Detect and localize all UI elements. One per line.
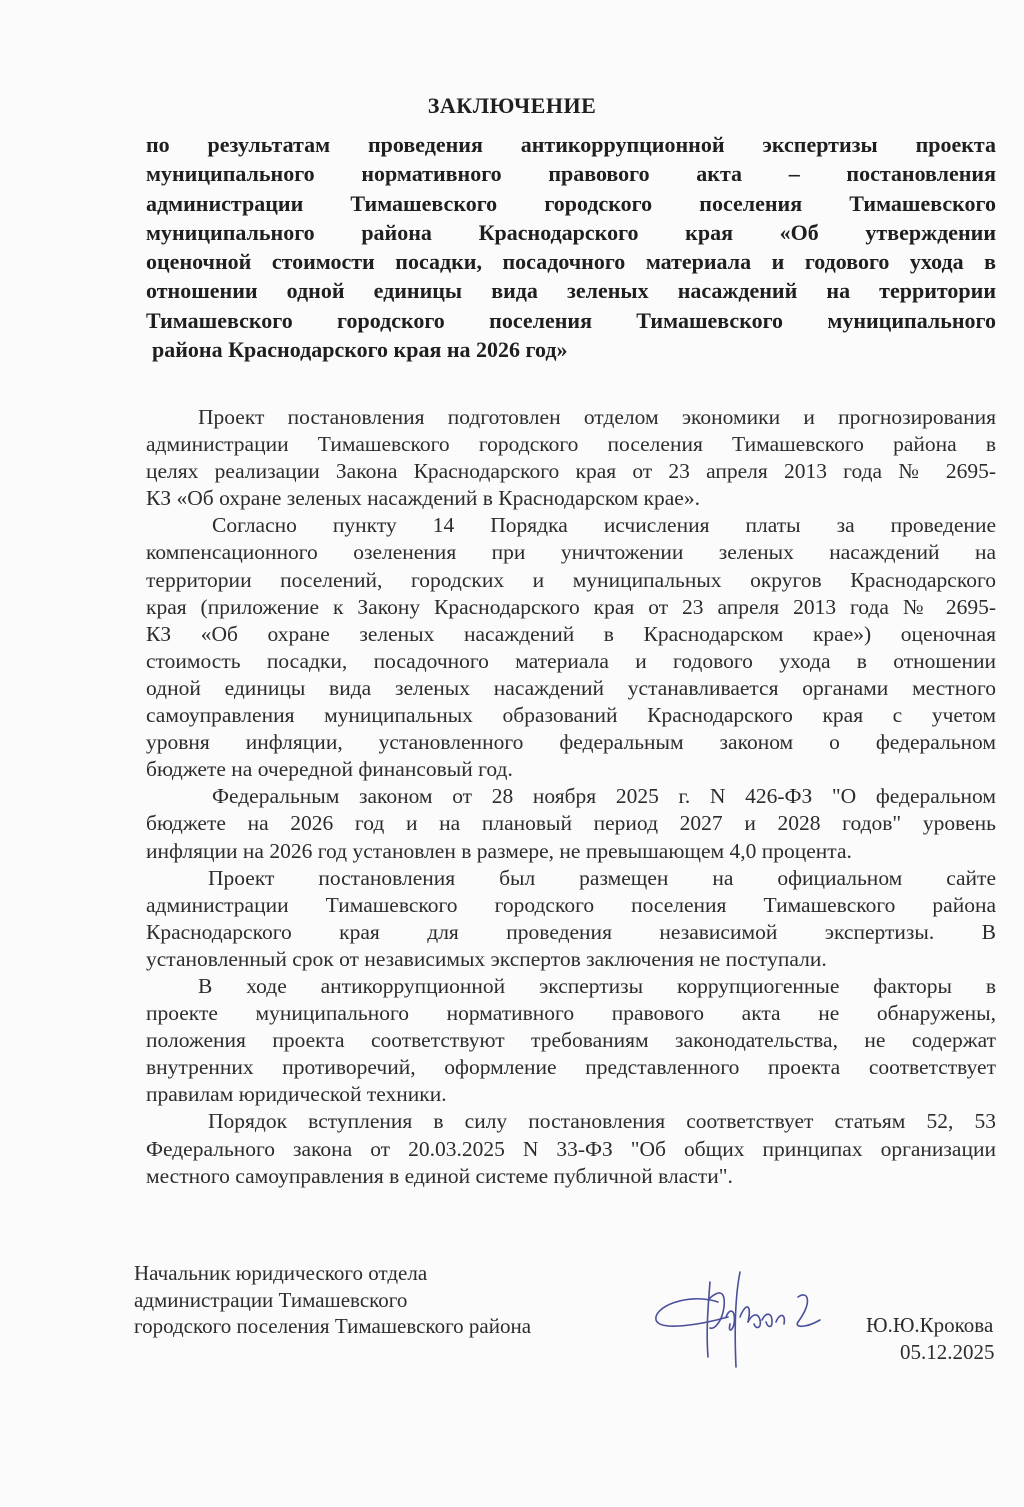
paragraph-line: Федерального закона от 20.03.2025 N 33-Ф… bbox=[146, 1136, 996, 1163]
subtitle-line: по результатам проведения антикоррупцион… bbox=[146, 130, 996, 159]
subtitle-line: муниципального района Краснодарского кра… bbox=[146, 218, 996, 247]
document-subtitle: по результатам проведения антикоррупцион… bbox=[146, 130, 996, 364]
paragraph-line: местного самоуправления в единой системе… bbox=[146, 1163, 996, 1190]
paragraph-inflation: Федеральным законом от 28 ноября 2025 г.… bbox=[146, 783, 996, 864]
paragraph-line: положения проекта соответствуют требован… bbox=[146, 1027, 996, 1054]
subtitle-line: администрации Тимашевского городского по… bbox=[146, 189, 996, 218]
paragraph-line: самоуправления муниципальных образований… bbox=[146, 702, 996, 729]
paragraph-line: администрации Тимашевского городского по… bbox=[146, 431, 996, 458]
paragraph-line: В ходе антикоррупционной экспертизы корр… bbox=[146, 973, 996, 1000]
paragraph-line: стоимость посадки, посадочного материала… bbox=[146, 648, 996, 675]
paragraph-legal-basis: Согласно пункту 14 Порядка исчисления пл… bbox=[146, 512, 996, 783]
paragraph-line: внутренних противоречий, оформление пред… bbox=[146, 1054, 996, 1081]
paragraph-line: Проект постановления был размещен на офи… bbox=[146, 865, 996, 892]
paragraph-line: края (приложение к Закону Краснодарского… bbox=[146, 594, 996, 621]
paragraph-publication: Проект постановления был размещен на офи… bbox=[146, 865, 996, 973]
paragraph-line: Порядок вступления в силу постановления … bbox=[146, 1108, 996, 1135]
paragraph-line: бюджете на 2026 год и на плановый период… bbox=[146, 810, 996, 837]
paragraph-line: Краснодарского края для проведения незав… bbox=[146, 919, 996, 946]
paragraph-findings: В ходе антикоррупционной экспертизы корр… bbox=[146, 973, 996, 1108]
document-page: ЗАКЛЮЧЕНИЕ по результатам проведения ант… bbox=[0, 0, 1024, 1507]
signatory-position-line: городского поселения Тимашевского района bbox=[134, 1313, 531, 1340]
paragraph-preparation: Проект постановления подготовлен отделом… bbox=[146, 404, 996, 512]
paragraph-line: Согласно пункту 14 Порядка исчисления пл… bbox=[146, 512, 996, 539]
signatory-position-line: Начальник юридического отдела bbox=[134, 1260, 531, 1287]
paragraph-line: бюджете на очередной финансовый год. bbox=[146, 756, 996, 783]
paragraph-line: установленный срок от независимых экспер… bbox=[146, 946, 996, 973]
paragraph-line: территории поселений, городских и муници… bbox=[146, 567, 996, 594]
paragraph-line: Проект постановления подготовлен отделом… bbox=[146, 404, 996, 431]
paragraph-line: КЗ «Об охране зеленых насаждений в Красн… bbox=[146, 485, 996, 512]
signatory-position: Начальник юридического отдела администра… bbox=[134, 1260, 531, 1340]
paragraph-line: целях реализации Закона Краснодарского к… bbox=[146, 458, 996, 485]
signatory-name: Ю.Ю.Крокова bbox=[866, 1313, 993, 1338]
paragraph-line: проекте муниципального нормативного прав… bbox=[146, 1000, 996, 1027]
signature-date: 05.12.2025 bbox=[900, 1340, 995, 1365]
paragraph-line: компенсационного озеленения при уничтоже… bbox=[146, 539, 996, 566]
paragraph-line: КЗ «Об охране зеленых насаждений в Красн… bbox=[146, 621, 996, 648]
paragraph-line: администрации Тимашевского городского по… bbox=[146, 892, 996, 919]
document-title: ЗАКЛЮЧЕНИЕ bbox=[0, 93, 1024, 119]
signatory-position-line: администрации Тимашевского bbox=[134, 1287, 531, 1314]
subtitle-line: района Краснодарского края на 2026 год» bbox=[146, 335, 996, 364]
paragraph-line: одной единицы вида зеленых насаждений ус… bbox=[146, 675, 996, 702]
handwritten-signature bbox=[648, 1262, 848, 1372]
paragraph-line: Федеральным законом от 28 ноября 2025 г.… bbox=[146, 783, 996, 810]
paragraph-line: правилам юридической техники. bbox=[146, 1081, 996, 1108]
paragraph-line: инфляции на 2026 год установлен в размер… bbox=[146, 838, 996, 865]
subtitle-line: оценочной стоимости посадки, посадочного… bbox=[146, 247, 996, 276]
subtitle-line: Тимашевского городского поселения Тимаше… bbox=[146, 306, 996, 335]
document-body: Проект постановления подготовлен отделом… bbox=[146, 404, 996, 1190]
paragraph-entry-into-force: Порядок вступления в силу постановления … bbox=[146, 1108, 996, 1189]
subtitle-line: отношении одной единицы вида зеленых нас… bbox=[146, 276, 996, 305]
paragraph-line: уровня инфляции, установленного федераль… bbox=[146, 729, 996, 756]
subtitle-line: муниципального нормативного правового ак… bbox=[146, 159, 996, 188]
